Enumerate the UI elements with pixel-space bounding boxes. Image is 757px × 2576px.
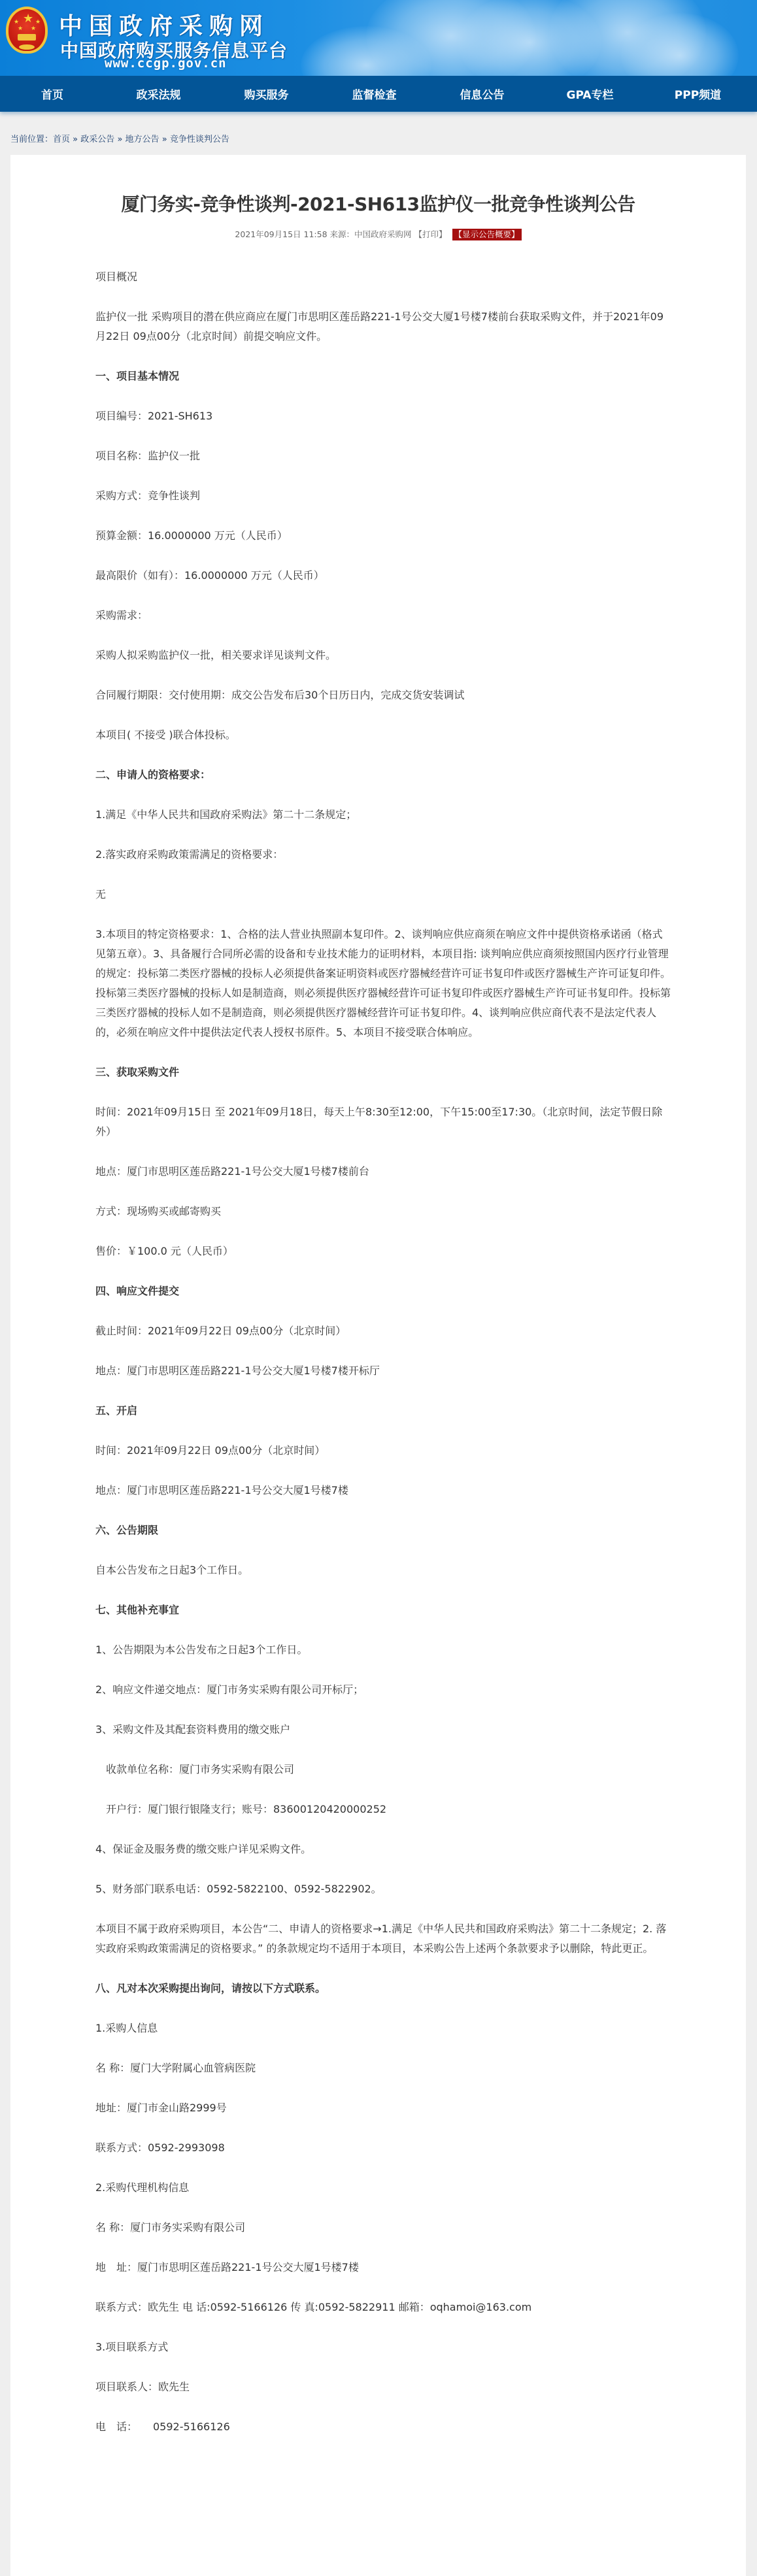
section-heading: 六、公告期限	[95, 1521, 671, 1540]
paragraph: 1.满足《中华人民共和国政府采购法》第二十二条规定；	[95, 805, 671, 825]
indented-paragraph: 收款单位名称：厦门市务实采购有限公司	[95, 1760, 671, 1779]
paragraph: 方式：现场购买或邮寄购买	[95, 1202, 671, 1221]
nav-item-ppp[interactable]: PPP频道	[644, 86, 752, 102]
paragraph: 本项目不属于政府采购项目，本公告“二、申请人的资格要求→1.满足《中华人民共和国…	[95, 1919, 671, 1958]
paragraph: 采购需求：	[95, 606, 671, 625]
paragraph: 5、财务部门联系电话：0592-5822100、0592-5822902。	[95, 1879, 671, 1899]
site-url: www.ccgp.gov.cn	[105, 56, 227, 71]
paragraph: 地点：厦门市思明区莲岳路221-1号公交大厦1号楼7楼开标厅	[95, 1361, 671, 1381]
article-container: 厦门务实-竞争性谈判-2021-SH613监护仪一批竞争性谈判公告 2021年0…	[10, 155, 746, 2576]
paragraph: 监护仪一批 采购项目的潜在供应商应在厦门市思明区莲岳路221-1号公交大厦1号楼…	[95, 307, 671, 346]
paragraph: 电 话： 0592-5166126	[95, 2417, 671, 2437]
breadcrumb: 当前位置：首页 » 政采公告 » 地方公告 » 竞争性谈判公告	[0, 112, 757, 155]
paragraph: 名 称：厦门市务实采购有限公司	[95, 2218, 671, 2237]
nav-item-policy-regulations[interactable]: 政采法规	[105, 86, 212, 102]
nav-item-purchase-services[interactable]: 购买服务	[212, 86, 320, 102]
paragraph: 预算金额：16.0000000 万元（人民币）	[95, 526, 671, 546]
paragraph: 截止时间：2021年09月22日 09点00分（北京时间）	[95, 1321, 671, 1341]
paragraph: 本项目( 不接受 )联合体投标。	[95, 725, 671, 745]
breadcrumb-separator: »	[117, 135, 122, 144]
paragraph: 2、响应文件递交地点：厦门市务实采购有限公司开标厅；	[95, 1680, 671, 1700]
paragraph: 项目概况	[95, 267, 671, 287]
main-nav: 首页 政采法规 购买服务 监督检查 信息公告 GPA专栏 PPP频道	[0, 76, 757, 112]
paragraph: 项目联系人：欧先生	[95, 2377, 671, 2397]
paragraph: 项目名称：监护仪一批	[95, 446, 671, 466]
paragraph: 3、采购文件及其配套资料费用的缴交账户	[95, 1720, 671, 1740]
paragraph: 时间：2021年09月15日 至 2021年09月18日，每天上午8:30至12…	[95, 1102, 671, 1142]
national-emblem-icon: ★ ★ ★ ★ ★	[6, 7, 48, 54]
nav-item-home[interactable]: 首页	[0, 86, 105, 102]
show-summary-button[interactable]: 【显示公告概要】	[452, 229, 522, 240]
article-meta: 2021年09月15日 11:58 来源：中国政府采购网 【打印】 【显示公告概…	[10, 228, 746, 241]
nav-item-supervision[interactable]: 监督检查	[320, 86, 428, 102]
source-label: 来源：	[330, 229, 355, 239]
breadcrumb-prefix: 当前位置：	[10, 135, 53, 144]
breadcrumb-competitive-negotiation[interactable]: 竞争性谈判公告	[170, 135, 229, 144]
breadcrumb-separator: »	[162, 135, 167, 144]
nav-item-gpa[interactable]: GPA专栏	[536, 86, 644, 102]
paragraph: 无	[95, 885, 671, 904]
paragraph: 项目编号：2021-SH613	[95, 406, 671, 426]
paragraph: 时间：2021年09月22日 09点00分（北京时间）	[95, 1441, 671, 1461]
section-heading: 七、其他补充事宜	[95, 1600, 671, 1620]
paragraph: 地址：厦门市金山路2999号	[95, 2098, 671, 2118]
source-name: 中国政府采购网	[354, 229, 412, 239]
breadcrumb-separator: »	[73, 135, 78, 144]
section-heading: 一、项目基本情况	[95, 367, 671, 386]
paragraph: 1、公告期限为本公告发布之日起3个工作日。	[95, 1640, 671, 1660]
paragraph: 4、保证金及服务费的缴交账户详见采购文件。	[95, 1840, 671, 1859]
breadcrumb-local-announcements[interactable]: 地方公告	[126, 135, 160, 144]
paragraph: 采购方式：竞争性谈判	[95, 486, 671, 506]
paragraph: 地点：厦门市思明区莲岳路221-1号公交大厦1号楼7楼	[95, 1481, 671, 1500]
section-heading: 四、响应文件提交	[95, 1281, 671, 1301]
section-heading: 五、开启	[95, 1401, 671, 1421]
section-heading: 三、获取采购文件	[95, 1063, 671, 1082]
paragraph: 自本公告发布之日起3个工作日。	[95, 1560, 671, 1580]
indented-paragraph: 开户行：厦门银行银隆支行；账号：83600120420000252	[95, 1800, 671, 1819]
article-body: 项目概况监护仪一批 采购项目的潜在供应商应在厦门市思明区莲岳路221-1号公交大…	[10, 241, 671, 2437]
paragraph: 联系方式：0592-2993098	[95, 2138, 671, 2158]
paragraph: 2.落实政府采购政策需满足的资格要求：	[95, 845, 671, 865]
paragraph: 售价：￥100.0 元（人民币）	[95, 1242, 671, 1261]
print-button[interactable]: 【打印】	[414, 229, 447, 239]
paragraph: 地点：厦门市思明区莲岳路221-1号公交大厦1号楼7楼前台	[95, 1162, 671, 1181]
paragraph: 合同履行期限：交付使用期：成交公告发布后30个日历日内，完成交货安装调试	[95, 685, 671, 705]
paragraph: 1.采购人信息	[95, 2019, 671, 2038]
paragraph: 3.项目联系方式	[95, 2337, 671, 2357]
paragraph: 联系方式：欧先生 电 话:0592-5166126 传 真:0592-58229…	[95, 2298, 671, 2317]
article-title: 厦门务实-竞争性谈判-2021-SH613监护仪一批竞争性谈判公告	[10, 191, 746, 218]
paragraph: 地 址：厦门市思明区莲岳路221-1号公交大厦1号楼7楼	[95, 2258, 671, 2277]
breadcrumb-procurement-announcements[interactable]: 政采公告	[80, 135, 114, 144]
paragraph: 最高限价（如有）：16.0000000 万元（人民币）	[95, 566, 671, 586]
nav-item-announcements[interactable]: 信息公告	[428, 86, 536, 102]
paragraph: 2.采购代理机构信息	[95, 2178, 671, 2198]
site-banner: ★ ★ ★ ★ ★ 中国政府采购网 中国政府购买服务信息平台 www.ccgp.…	[0, 0, 757, 76]
paragraph: 采购人拟采购监护仪一批，相关要求详见谈判文件。	[95, 646, 671, 665]
paragraph: 名 称：厦门大学附属心血管病医院	[95, 2058, 671, 2078]
section-heading: 二、申请人的资格要求：	[95, 765, 671, 785]
breadcrumb-home[interactable]: 首页	[53, 135, 70, 144]
section-heading: 八、凡对本次采购提出询问，请按以下方式联系。	[95, 1979, 671, 1998]
paragraph: 3.本项目的特定资格要求：1、合格的法人营业执照副本复印件。2、谈判响应供应商须…	[95, 925, 671, 1042]
publish-datetime: 2021年09月15日 11:58	[235, 229, 327, 239]
